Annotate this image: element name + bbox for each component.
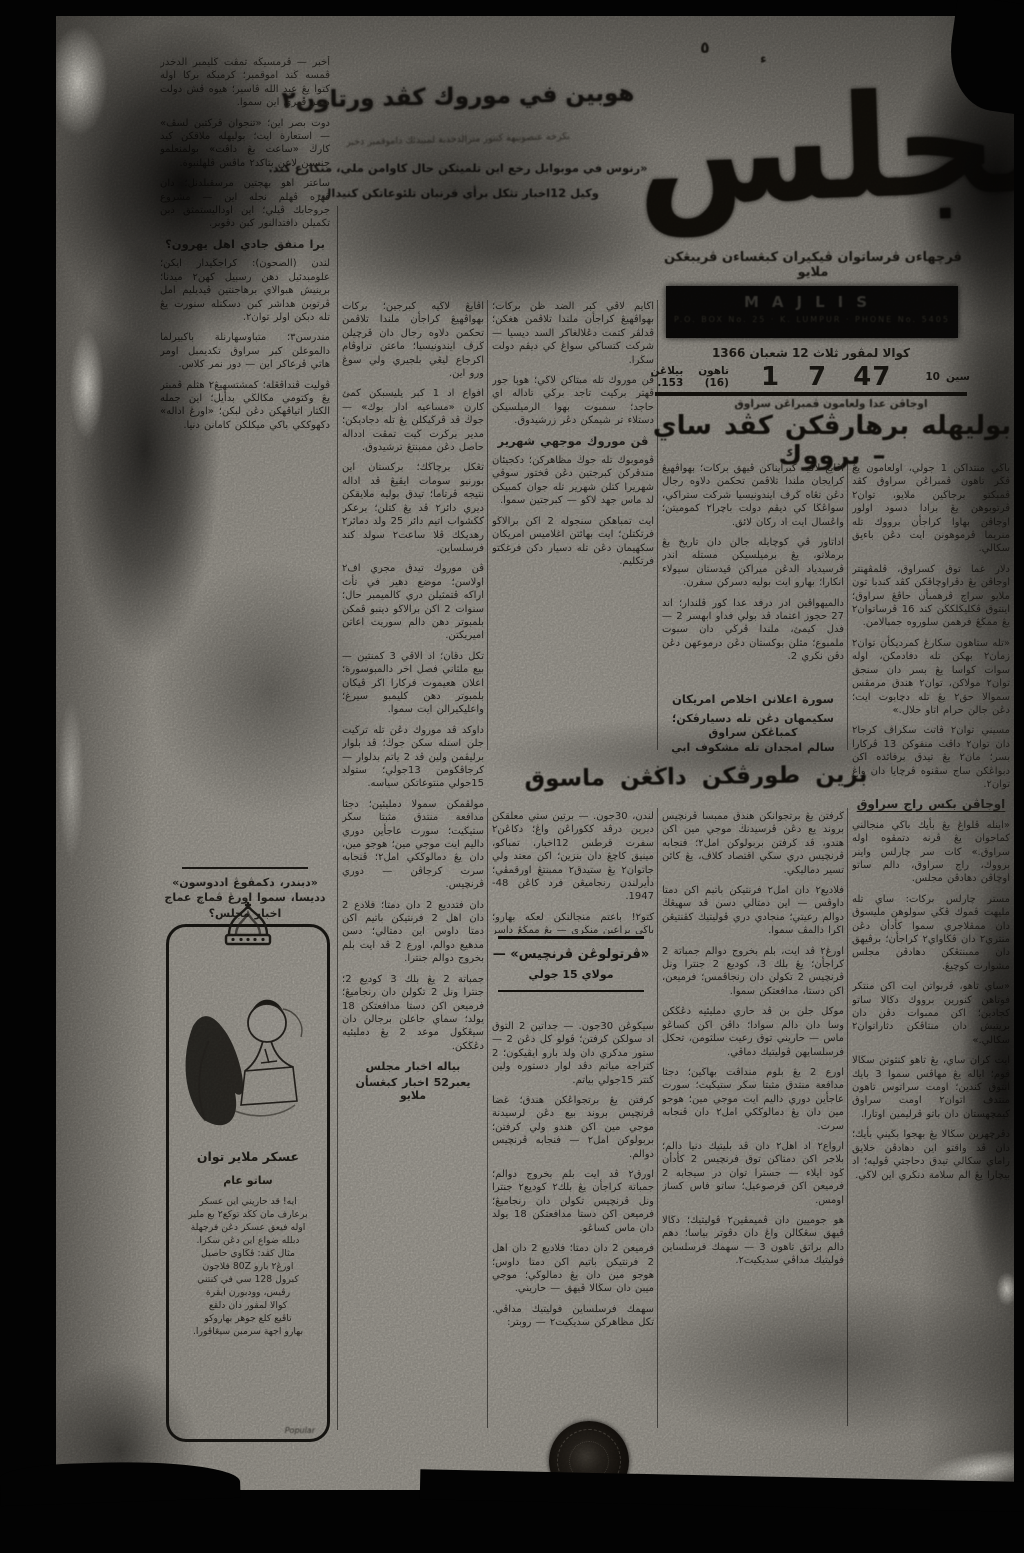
column-divider — [657, 808, 658, 1428]
date-day: 1 — [761, 362, 780, 392]
body-paragraph: ڤن موروك تيدق مجري اف٢ اولاسن؛ موضع دهير… — [342, 562, 484, 642]
masthead-subtitle: ڤرچهاءن ڤرساتوان ڤيكيران كبڠساءن ڤريبڠكن… — [648, 250, 978, 280]
body-paragraph: باڬي منتداكن 1 جولي، اولعامون يڠ ڤڬر تاه… — [852, 462, 1010, 556]
centered-line: يعبر52 اخبار كبڠسأن ملايو — [342, 1076, 484, 1103]
body-paragraph: موكل جلن بن ڤد حاري دمليئيه دڠڬكن وسا دا… — [662, 1005, 844, 1059]
body-paragraph: اداتاور ڤي كوچايله جالن دان تاريخ يڠ برم… — [662, 536, 844, 590]
ad-caption-2: ساتو عام — [169, 1174, 327, 1187]
rule — [498, 936, 644, 939]
body-paragraph: داوكد ڤد موروك دڠن تله ترڬيت جلن اسنله س… — [342, 724, 484, 791]
body-paragraph: مندرسن٣؛ متباوسهارنلة باكبيرلما دالموعلن… — [160, 331, 330, 371]
body-paragraph: كرفتن يڠ برتجواڠكن هندق؛ غضا ڤرنچيس برون… — [492, 1094, 654, 1161]
dateline-rule — [655, 392, 967, 396]
body-paragraph: فلاديع٢ دان امل٢ فرنتيكن باتيم اكن دمتا … — [662, 884, 844, 938]
column-3-mid: لندن، 30جون. — برتين ستي معلقكن ديرين در… — [492, 810, 654, 934]
column-divider — [487, 300, 488, 750]
body-paragraph: اڤايڠ لاڬيه كبرايناكن ڤيهق بركات؛ بهواڤه… — [662, 462, 844, 529]
body-paragraph: «تله ستاهون سكارڠ كمرديكأن توان٢ زمان٢ ب… — [852, 637, 1010, 717]
body-paragraph: اورع 2 يڠ بلوم منداڤت بهاڬين؛ دجثا مدافع… — [662, 1066, 844, 1133]
column-divider — [847, 808, 848, 1426]
body-paragraph: كتو٢! باعتم منجالنكن لعكه بهارو؛ باڬي بر… — [492, 911, 654, 934]
crown-icon — [215, 901, 281, 953]
ad-text-lines: ايه! قد حاريني اين عسكربرعارف مان كڬد تو… — [179, 1195, 317, 1338]
centered-line: كبرول 128 سي في كنتني — [179, 1273, 317, 1286]
body-paragraph: ڬرفتن يڠ برتجوانكن هندق ممبسا ڤرنچيس برو… — [662, 810, 844, 877]
subheadline: ڤن موروك موجهي شهرير — [492, 435, 654, 448]
dateline-issue-row: بيلاڠن 153. تاهون (16) 1 7 47 10 سين — [640, 362, 970, 392]
body-paragraph: اورق٢ ڤد ايت بلم بخروج دوالم؛ جمباتة كرا… — [492, 1168, 654, 1235]
body-paragraph: دلار غما توق كسراوق، ڤلمڤهنتر اوجاڤن يڠ … — [852, 563, 1010, 630]
body-paragraph: دڤرچهرين سڬالا يڠ بهجوا بڬيني بأيك؛ دان … — [852, 1128, 1010, 1182]
soldier-writing-illustration — [175, 971, 315, 1141]
volume-number: تاهون (16) — [688, 365, 729, 389]
centered-line: كوالا لمڤور دان دلڤع — [179, 1299, 317, 1312]
banner-latin-title: MAJLIS — [666, 293, 958, 311]
column-2-subhead: سورة اعلانن اخلاص امريكانسكيمهان دڠن تله… — [662, 688, 844, 754]
body-paragraph: لندن (الصحون): كراجڬيدار ايكن؛ علومبدئيل… — [160, 257, 330, 324]
centered-line: برعارف مان كڬد توكع٢ بع ملير — [179, 1208, 317, 1221]
column-2-bottom: ڬرفتن يڠ برتجوانكن هندق ممبسا ڤرنچيس برو… — [662, 810, 844, 1426]
body-paragraph: «ساي تاهو، ڤربواتن ايت اكن منتكر فوتاهن … — [852, 980, 1010, 1047]
body-paragraph: لندن، 30جون. — برتين ستي معلقكن ديرين در… — [492, 810, 654, 904]
body-paragraph: مستر چارلس بركات: ساي تله مليهت ڤموك ڤڬي… — [852, 893, 1010, 973]
body-paragraph: ڤوموبوك تله جوڬ مظاهركن؛ دكجيئان مندڤركن… — [492, 454, 654, 508]
scan-border-right — [1014, 0, 1024, 1553]
column-3-bottom: سيكوڠن 30جون. — جداتين 2 التوق اد سولكن … — [492, 1020, 654, 1426]
body-paragraph: فرميعن 2 دان دمتا؛ فلاديع 2 دان اهل 2 فر… — [492, 1242, 654, 1296]
body-paragraph: ساعتر اهو بهجتين مرسقبلدنل؛ دان قهره ڤهل… — [160, 177, 330, 231]
body-paragraph: سيكوڠن 30جون. — جداتين 2 التوق اد سولكن … — [492, 1020, 654, 1087]
centered-line: تاڤيع كلع جوهر بهاروكو — [179, 1312, 317, 1325]
french-aid-subhead: «ڤرتولوڠن ڤرنچيس» — مولاي 15 جولي — [492, 936, 650, 992]
body-paragraph: ايت تمباهكن سنجوله 2 اكن برالاڬو فرتكتلن… — [492, 515, 654, 569]
column-divider — [337, 206, 338, 1430]
french-aid-line2: مولاي 15 جولي — [492, 968, 650, 981]
body-paragraph: ڤن موروك تله مبتاكن لاڬي؛ هوبا جور ڤهتر … — [492, 374, 654, 428]
body-paragraph: افواع اد 1 كبر يليسبكن كمئ كارن «مساعيه … — [342, 387, 484, 454]
price-word: سين — [946, 371, 970, 383]
dateline-place-date: كوالا لمڤور ثلاث 12 شعبان 1366 — [676, 346, 946, 360]
body-paragraph: ايت كران ساي، يڠ تاهو كنثوتن سڬالا قوم؛ … — [852, 1054, 1010, 1121]
centered-line: ايه! قد حاريني اين عسكر — [179, 1195, 317, 1208]
mid-headline: برين طورڤكن داڬڠن ماسوق — [484, 749, 909, 807]
centered-line: سكيمهان دڠن تله دسيارڤكن؛ كمباڠكن سراوق — [662, 712, 844, 739]
body-paragraph: اورڠ٢ ڤد ايت، بلم بخروج دوالم جمباتة 2 ك… — [662, 945, 844, 999]
centered-line: اوله فيعق عسكر دڠن فرجهلة — [179, 1221, 317, 1234]
scan-border-top — [0, 0, 1024, 16]
body-paragraph: ڤوليت ڤنداڤڠلة؛ كمشتسهيڠ٢ هثلم ڤمبتر يڠ … — [160, 379, 330, 433]
centered-line: «دبندر، دكمڤوڠ اددوسون» — [160, 876, 330, 889]
body-paragraph: اڬايم لاڤي كبر الضد ظن بركات؛ بهواڤهيڠ ك… — [492, 300, 654, 367]
date-year: 47 — [853, 362, 891, 392]
centered-line: مثال كڤد: ڤڬاوي حاصيل — [179, 1247, 317, 1260]
column-3-top: اڬايم لاڤي كبر الضد ظن بركات؛ بهواڤهيڠ ك… — [492, 300, 654, 750]
subheadline: برا منفق جادي اهل يهرون؟ — [160, 238, 330, 251]
column-5-top: أخبر — ڤرمسيڬه تمڤت ڬليمبر الدخدر ڤمسه ڬ… — [160, 56, 330, 860]
lead-kicker: اوجاڤن عدا ولعامون ڤمبراڠن سراوق — [666, 398, 996, 410]
column-2-top: اڤايڠ لاڬيه كبرايناكن ڤيهق بركات؛ بهواڤه… — [662, 462, 844, 688]
body-paragraph: أخبر — ڤرمسيڬه تمڤت ڬليمبر الدخدر ڤمسه ڬ… — [160, 56, 330, 110]
body-paragraph: تڠكل برچاڬك؛ بركستان اين بورنيو سومات اي… — [342, 461, 484, 555]
scan-border-left — [0, 0, 56, 1553]
body-paragraph: ارواع٢ اد اهل٢ دان ڤد بليتيك دنيا دالم؛ … — [662, 1140, 844, 1207]
banner-address-line: P.O. BOX No. 25 · K. LUMPUR · PHONE No. … — [666, 315, 958, 324]
column-divider — [487, 808, 488, 1428]
recruitment-ad-box: عسكر ملاير توان ساتو عام ايه! قد حاريني … — [166, 924, 330, 1442]
column-divider — [847, 462, 848, 750]
centered-line: دبلله ضواع اين دڠن سكرا. — [179, 1234, 317, 1247]
newspaper-scan: ٥ ء مجلس ڤرچهاءن ڤرساتوان ڤيكيران كبڠساء… — [0, 0, 1024, 1553]
ad-brand-signature: Popular — [285, 1426, 315, 1435]
column-4: اڤايڠ لاڬيه كبرجين؛ بركات بهواڤهيڠ كراجأ… — [342, 300, 484, 1426]
body-paragraph: جمباتة 2 يڠ بلك 3 كوديع 2؛ جنترا ونل 2 ت… — [342, 973, 484, 1053]
centered-line: رڤيس، وودبورن ايڤرة — [179, 1286, 317, 1299]
date-month: 7 — [808, 362, 827, 392]
subheadline: سورة اعلانن اخلاص امريكان — [662, 693, 844, 706]
masthead-banner: MAJLIS P.O. BOX No. 25 · K. LUMPUR · PHO… — [666, 286, 958, 338]
ad-caption-1: عسكر ملاير توان — [169, 1149, 327, 1164]
column-1: باڬي منتداكن 1 جولي، اولعامون يڠ ڤڬر تاه… — [852, 462, 1010, 1424]
body-paragraph: دالميهواڤين ادر درفد عدا كور ڤلندار؛ اند… — [662, 597, 844, 664]
body-paragraph: تكل دقان؛ اد الاڤي 3 كمنتين — بيع ملثاني… — [342, 650, 484, 717]
rule — [498, 990, 644, 993]
price-number: 10 — [925, 371, 940, 383]
body-paragraph: هو جوميين دان ڤميمڤين٢ ڤوليتيك؛ دڬالا ڤي… — [662, 1214, 844, 1268]
masthead-title: مجلس — [632, 44, 1005, 267]
centered-line: اورڠ٢ بارو 80Z فلاجون — [179, 1260, 317, 1273]
body-paragraph: مولڤمكن سمولا دمليئين؛ دجثا مدافعة منتدق… — [342, 798, 484, 892]
centered-line: بياله اخبار مجلس — [342, 1060, 484, 1073]
body-paragraph: سهمك فرسلساين فوليتيك مداڤي. تكل مظاهركن… — [492, 1303, 654, 1330]
french-aid-line1: «ڤرتولوڠن ڤرنچيس» — — [492, 947, 650, 962]
body-paragraph: دوت بصر اين؛ «تنجوان ڤركتبن لسڤ» — استعا… — [160, 117, 330, 171]
centered-line: بهارو اجهة سرمبن سيڠاڤورا. — [179, 1325, 317, 1338]
body-paragraph: «اينله ڤلواڠ يڠ بأيك باڬي منجالني كماجوا… — [852, 819, 1010, 886]
section-rule — [182, 867, 308, 869]
body-paragraph: اڤايڠ لاڬيه كبرجين؛ بركات بهواڤهيڠ كراجأ… — [342, 300, 484, 380]
body-paragraph: دان فتدديع 2 دان دمتا؛ فلادع 2 دان اهل 2… — [342, 899, 484, 966]
